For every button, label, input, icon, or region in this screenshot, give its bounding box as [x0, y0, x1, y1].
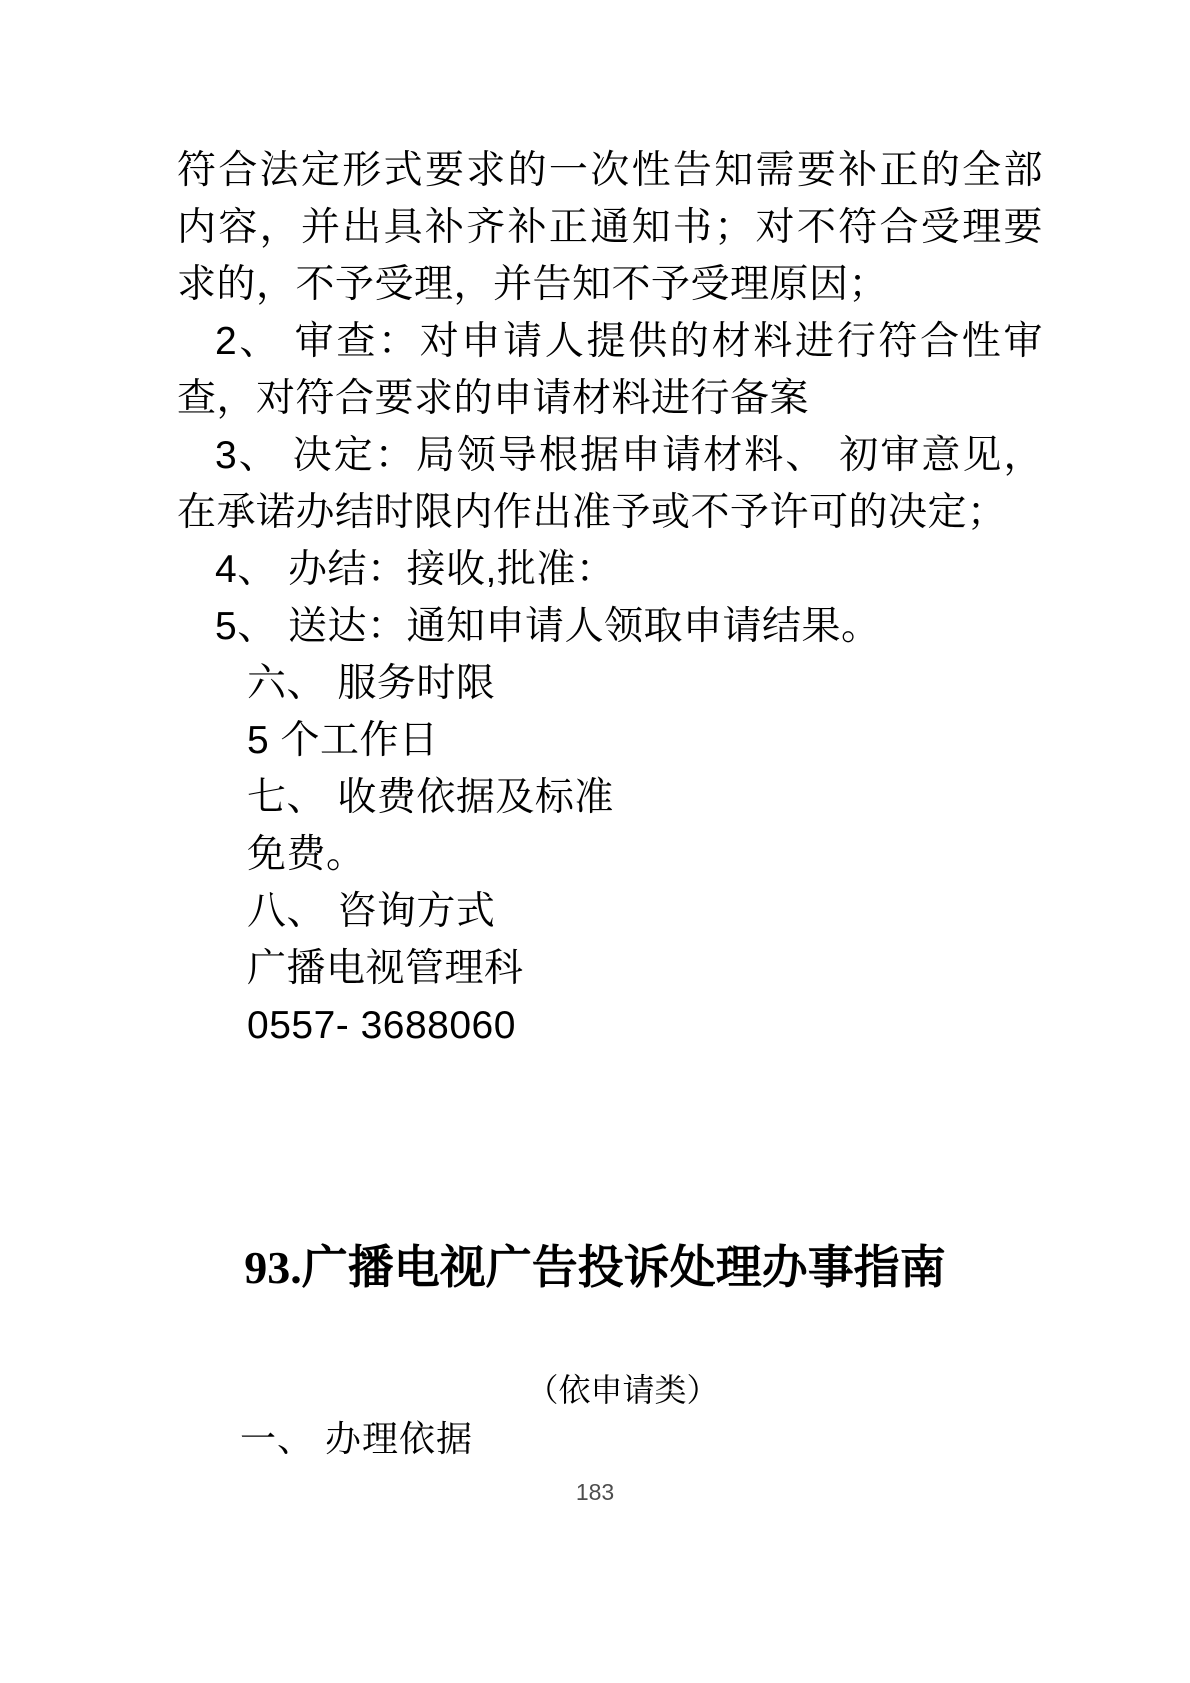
step-item-3-decision: 3、 决定：局领导根据申请材料、 初审意见，在承诺办结时限内作出准予或不予许可的…	[177, 427, 1043, 541]
page-number: 183	[0, 1478, 1190, 1506]
section-subtitle: （依申请类）	[0, 1366, 1190, 1414]
contact-department: 广播电视管理科	[177, 940, 1043, 997]
paragraph-continuation: 符合法定形式要求的一次性告知需要补正的全部内容，并出具补齐补正通知书；对不符合受…	[177, 142, 1043, 313]
section-7-fee-heading: 七、 收费依据及标准	[177, 769, 1043, 826]
step-item-5-delivery: 5、 送达：通知申请人领取申请结果。	[177, 598, 1043, 655]
section-1-basis-heading: 一、 办理依据	[240, 1412, 473, 1466]
body-content: 符合法定形式要求的一次性告知需要补正的全部内容，并出具补齐补正通知书；对不符合受…	[177, 142, 1043, 1054]
service-time-value: 5 个工作日	[177, 712, 1043, 769]
step-item-2-review: 2、 审查：对申请人提供的材料进行符合性审查，对符合要求的申请材料进行备案	[177, 313, 1043, 427]
section-8-contact-heading: 八、 咨询方式	[177, 883, 1043, 940]
contact-phone: 0557- 3688060	[177, 997, 1043, 1054]
fee-value: 免费。	[177, 826, 1043, 883]
section-6-service-time-heading: 六、 服务时限	[177, 655, 1043, 712]
section-title: 93.广播电视广告投诉处理办事指南	[0, 1240, 1190, 1296]
step-item-4-completion: 4、 办结：接收,批准：	[177, 541, 1043, 598]
document-page: 符合法定形式要求的一次性告知需要补正的全部内容，并出具补齐补正通知书；对不符合受…	[0, 0, 1190, 1683]
